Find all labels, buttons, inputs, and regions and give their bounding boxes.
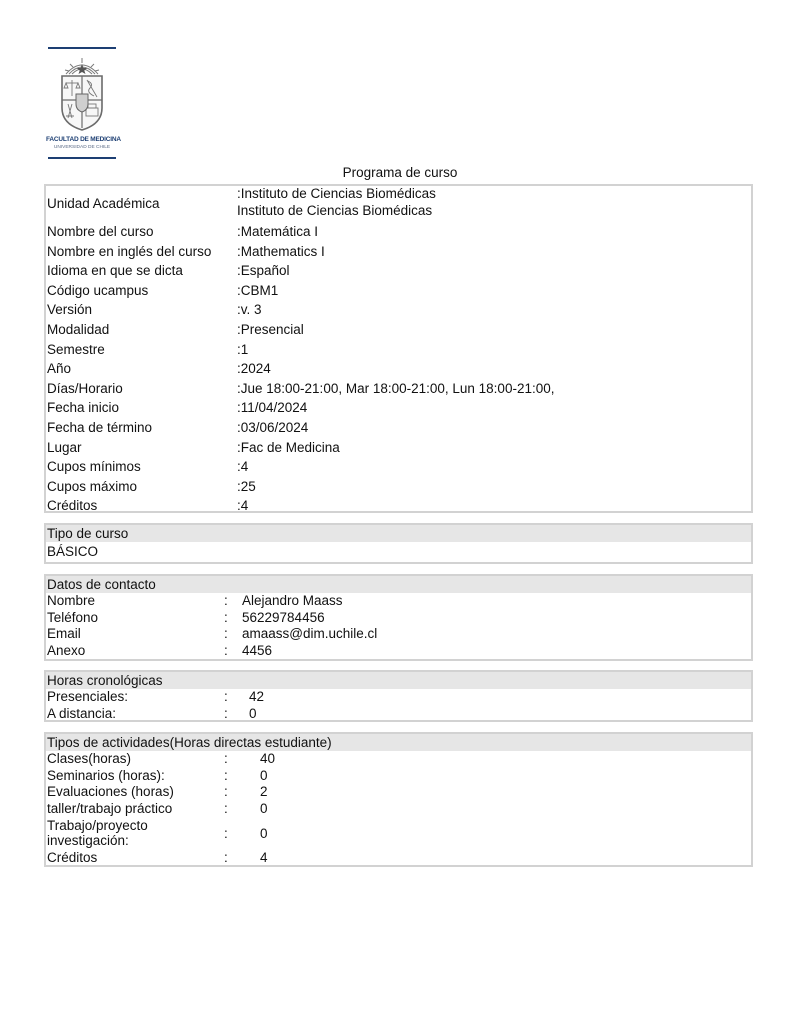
info-row-version: Versión :v. 3 bbox=[46, 300, 751, 320]
info-row-codigo: Código ucampus :CBM1 bbox=[46, 281, 751, 301]
contact-value: amaass@dim.uchile.cl bbox=[242, 626, 377, 643]
info-row-modalidad: Modalidad :Presencial bbox=[46, 320, 751, 340]
activity-value: 4 bbox=[260, 850, 268, 867]
info-label: Días/Horario bbox=[47, 379, 123, 399]
contact-row-nombre: Nombre : Alejandro Maass bbox=[46, 593, 751, 610]
page-title: Programa de curso bbox=[0, 165, 800, 180]
separator: : bbox=[224, 751, 228, 768]
activity-row-taller: taller/trabajo práctico : 0 bbox=[46, 801, 751, 818]
contact-section: Datos de contacto Nombre : Alejandro Maa… bbox=[44, 574, 753, 661]
activity-value: 40 bbox=[260, 751, 275, 768]
info-value: :11/04/2024 bbox=[237, 398, 307, 418]
activity-row-evaluaciones: Evaluaciones (horas) : 2 bbox=[46, 784, 751, 801]
contact-value: Alejandro Maass bbox=[242, 593, 343, 610]
separator: : bbox=[224, 801, 228, 818]
info-label: Cupos mínimos bbox=[47, 457, 141, 477]
contact-row-email: Email : amaass@dim.uchile.cl bbox=[46, 626, 751, 643]
contact-value: 4456 bbox=[242, 643, 272, 660]
hours-value: 42 bbox=[249, 689, 264, 706]
activity-label: Seminarios (horas): bbox=[47, 768, 165, 785]
info-row-idioma: Idioma en que se dicta :Español bbox=[46, 261, 751, 281]
activity-value: 0 bbox=[260, 768, 268, 785]
activity-value: 0 bbox=[260, 801, 268, 818]
faculty-logo: FACULTAD DE MEDICINA UNIVERSIDAD DE CHIL… bbox=[46, 44, 118, 162]
info-value: :Presencial bbox=[237, 320, 304, 340]
info-label: Fecha de término bbox=[47, 418, 152, 438]
info-row-lugar: Lugar :Fac de Medicina bbox=[46, 438, 751, 458]
activity-value: 0 bbox=[260, 826, 268, 841]
activity-label: Trabajo/proyecto investigación: bbox=[47, 818, 197, 848]
contact-value: 56229784456 bbox=[242, 610, 325, 627]
section-header: Datos de contacto bbox=[46, 576, 751, 593]
info-row-fecha-termino: Fecha de término :03/06/2024 bbox=[46, 418, 751, 438]
activity-row-clases: Clases(horas) : 40 bbox=[46, 751, 751, 768]
info-value: :25 bbox=[237, 477, 256, 497]
separator: : bbox=[224, 643, 228, 660]
section-header: Tipos de actividades(Horas directas estu… bbox=[46, 734, 751, 751]
hours-value: 0 bbox=[249, 706, 257, 723]
separator: : bbox=[224, 826, 228, 841]
info-value: :4 bbox=[237, 457, 248, 477]
info-value-line1: :Instituto de Ciencias Biomédicas bbox=[237, 186, 436, 201]
info-label: Fecha inicio bbox=[47, 398, 119, 418]
activity-row-seminarios: Seminarios (horas): : 0 bbox=[46, 768, 751, 785]
info-value: :Mathematics I bbox=[237, 242, 325, 262]
contact-row-telefono: Teléfono : 56229784456 bbox=[46, 610, 751, 627]
activity-types-section: Tipos de actividades(Horas directas estu… bbox=[44, 732, 753, 867]
activity-value: 2 bbox=[260, 784, 268, 801]
info-value: :Matemática I bbox=[237, 222, 318, 242]
contact-label: Email bbox=[47, 626, 81, 643]
separator: : bbox=[224, 784, 228, 801]
separator: : bbox=[224, 626, 228, 643]
section-header: Tipo de curso bbox=[46, 525, 751, 542]
info-value: :1 bbox=[237, 340, 248, 360]
contact-label: Teléfono bbox=[47, 610, 98, 627]
info-label: Nombre del curso bbox=[47, 222, 154, 242]
hours-label: Presenciales: bbox=[47, 689, 128, 706]
info-row-cupos-minimos: Cupos mínimos :4 bbox=[46, 457, 751, 477]
info-row-fecha-inicio: Fecha inicio :11/04/2024 bbox=[46, 398, 751, 418]
info-value: :03/06/2024 bbox=[237, 418, 308, 438]
info-row-horario: Días/Horario :Jue 18:00-21:00, Mar 18:00… bbox=[46, 379, 751, 399]
info-row-anio: Año :2024 bbox=[46, 359, 751, 379]
separator: : bbox=[224, 610, 228, 627]
separator: : bbox=[224, 768, 228, 785]
logo-faculty-name: FACULTAD DE MEDICINA bbox=[46, 136, 118, 143]
separator: : bbox=[224, 689, 228, 706]
logo-university-name: UNIVERSIDAD DE CHILE bbox=[46, 145, 118, 150]
info-label: Código ucampus bbox=[47, 281, 148, 301]
info-label: Semestre bbox=[47, 340, 105, 360]
course-type-section: Tipo de curso BÁSICO bbox=[44, 523, 753, 564]
info-label: Versión bbox=[47, 300, 92, 320]
info-row-semestre: Semestre :1 bbox=[46, 340, 751, 360]
info-value: :Instituto de Ciencias Biomédicas Instit… bbox=[237, 185, 436, 219]
hours-row-presenciales: Presenciales: : 42 bbox=[46, 689, 751, 706]
info-row-nombre-curso: Nombre del curso :Matemática I bbox=[46, 222, 751, 242]
info-label: Unidad Académica bbox=[47, 194, 160, 214]
info-label: Modalidad bbox=[47, 320, 109, 340]
info-value: :4 bbox=[237, 496, 248, 516]
info-label: Créditos bbox=[47, 496, 97, 516]
info-value: :Español bbox=[237, 261, 290, 281]
activity-row-proyecto: Trabajo/proyecto investigación: : 0 bbox=[46, 817, 751, 850]
crest-icon bbox=[58, 54, 106, 132]
contact-row-anexo: Anexo : 4456 bbox=[46, 643, 751, 660]
activity-row-creditos: Créditos : 4 bbox=[46, 850, 751, 867]
info-label: Cupos máximo bbox=[47, 477, 137, 497]
info-value: :v. 3 bbox=[237, 300, 262, 320]
section-header: Horas cronológicas bbox=[46, 672, 751, 689]
hours-row-distancia: A distancia: : 0 bbox=[46, 706, 751, 723]
contact-label: Anexo bbox=[47, 643, 85, 660]
info-label: Lugar bbox=[47, 438, 82, 458]
separator: : bbox=[224, 850, 228, 867]
separator: : bbox=[224, 593, 228, 610]
info-value: :2024 bbox=[237, 359, 271, 379]
activity-label: Créditos bbox=[47, 850, 97, 867]
info-value: :Fac de Medicina bbox=[237, 438, 340, 458]
logo-bottom-bar bbox=[48, 157, 116, 159]
info-row-nombre-ingles: Nombre en inglés del curso :Mathematics … bbox=[46, 242, 751, 262]
course-info-table: Unidad Académica :Instituto de Ciencias … bbox=[44, 184, 753, 513]
info-label: Idioma en que se dicta bbox=[47, 261, 183, 281]
separator: : bbox=[224, 706, 228, 723]
info-value: :CBM1 bbox=[237, 281, 278, 301]
logo-top-bar bbox=[48, 47, 116, 49]
info-label: Nombre en inglés del curso bbox=[47, 242, 211, 262]
hours-label: A distancia: bbox=[47, 706, 116, 723]
info-value: :Jue 18:00-21:00, Mar 18:00-21:00, Lun 1… bbox=[237, 379, 554, 399]
chronological-hours-section: Horas cronológicas Presenciales: : 42 A … bbox=[44, 670, 753, 722]
contact-label: Nombre bbox=[47, 593, 95, 610]
info-row-creditos: Créditos :4 bbox=[46, 496, 751, 516]
info-row-unidad-academica: Unidad Académica :Instituto de Ciencias … bbox=[46, 186, 751, 222]
info-row-cupos-maximo: Cupos máximo :25 bbox=[46, 477, 751, 497]
activity-label: Clases(horas) bbox=[47, 751, 131, 768]
activity-label: Evaluaciones (horas) bbox=[47, 784, 174, 801]
activity-label: taller/trabajo práctico bbox=[47, 801, 172, 818]
course-type-value: BÁSICO bbox=[46, 542, 751, 562]
info-value-line2: Instituto de Ciencias Biomédicas bbox=[237, 203, 432, 218]
info-label: Año bbox=[47, 359, 71, 379]
